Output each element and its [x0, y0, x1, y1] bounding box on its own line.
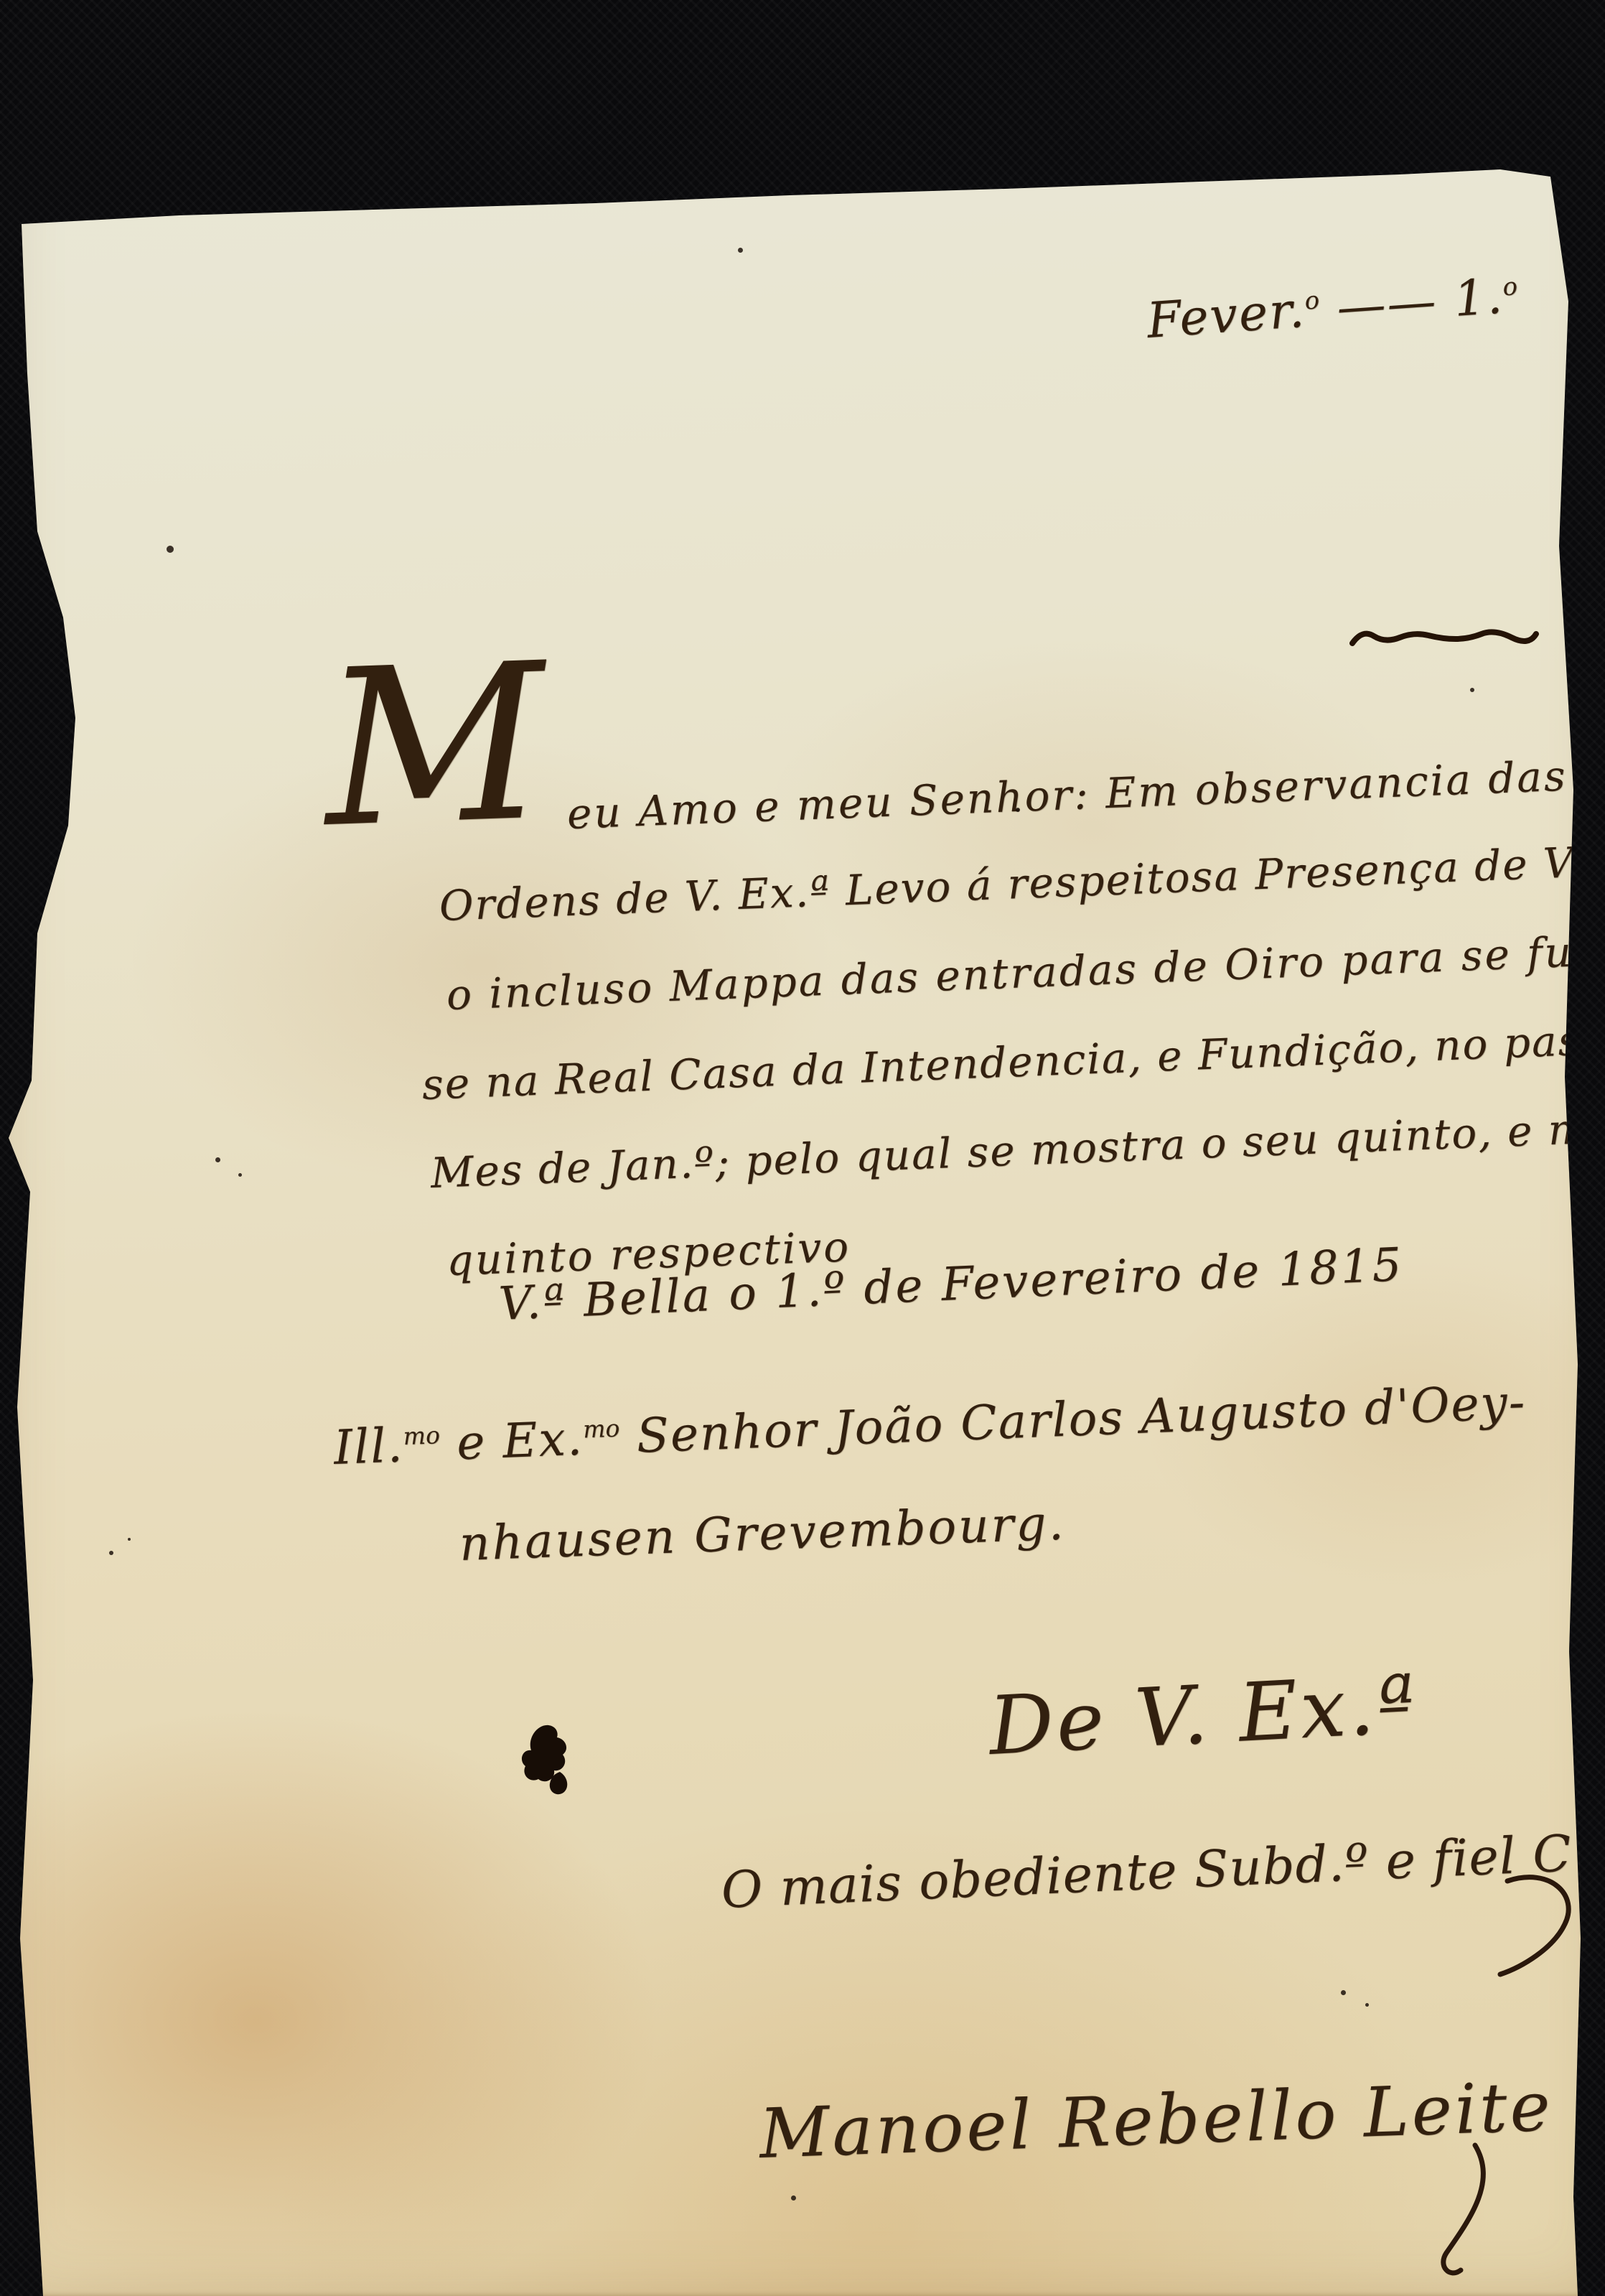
ink-speck — [1341, 1990, 1346, 1995]
manuscript-scan: Ill.mo e Ex.mo Senhor Fever.o —— 1.o M e… — [0, 0, 1605, 2296]
body-line: o incluso Mappa das entradas de Oiro par… — [446, 923, 1605, 1019]
ink-speck — [377, 105, 381, 109]
closing-swash — [1493, 1867, 1586, 1982]
ink-speck — [1470, 688, 1474, 692]
closing-formula: O mais obediente Subd.º e fiel C — [720, 1824, 1573, 1920]
letter-paper: Ill.mo e Ex.mo Senhor Fever.o —— 1.o M e… — [0, 0, 1605, 2296]
body-line: Mes de Jan.º; pelo qual se mostra o seu … — [430, 1101, 1605, 1198]
ink-speck — [791, 2195, 796, 2201]
body-line: Ordens de V. Ex.ª Levo á respeitosa Pres… — [439, 834, 1605, 930]
ink-blot — [515, 1722, 594, 1808]
letter-heading: Ill.mo e Ex.mo Senhor — [738, 78, 1334, 176]
ink-speck — [167, 546, 174, 553]
ink-speck — [485, 159, 495, 171]
decorative-initial: M — [321, 635, 548, 858]
ink-speck — [128, 1538, 131, 1541]
ink-speck — [813, 131, 820, 139]
ink-speck — [602, 181, 608, 187]
ink-speck — [738, 248, 743, 253]
ink-speck — [109, 1551, 113, 1555]
addressee-line: Ill.mo e Ex.mo Senhor João Carlos August… — [333, 1374, 1527, 1475]
body-line: eu Amo e meu Senhor: Em observancia das — [566, 751, 1568, 838]
ink-speck — [1365, 2003, 1369, 2007]
closing-salute: De V. Ex.ª — [987, 1658, 1421, 1773]
ink-speck — [1016, 808, 1020, 812]
addressee-line: nhausen Grevembourg. — [459, 1495, 1067, 1572]
ink-speck — [215, 1157, 220, 1162]
ink-speck — [238, 1173, 242, 1177]
body-line: se na Real Casa da Intendencia, e Fundiç… — [421, 1012, 1605, 1109]
signature-flourish — [1407, 2139, 1507, 2290]
date-annotation: Fever.o —— 1.o — [1145, 267, 1520, 350]
margin-flourish — [1348, 616, 1542, 659]
